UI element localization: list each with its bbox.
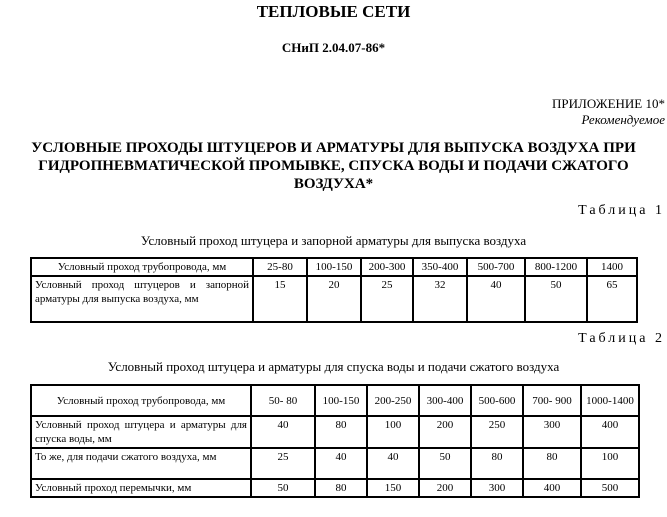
header-value-cell: 350-400	[413, 258, 467, 276]
value-cell: 32	[413, 276, 467, 322]
value-cell: 80	[315, 479, 367, 497]
header-value-cell: 500-600	[471, 385, 523, 416]
value-cell: 80	[471, 448, 523, 479]
table2-caption: Условный проход штуцера и арматуры для с…	[0, 359, 667, 375]
value-cell: 20	[307, 276, 361, 322]
header-value-cell: 500-700	[467, 258, 525, 276]
row-label-cell: Условный проход штуцеров и запорной арма…	[31, 276, 253, 322]
header-value-cell: 100-150	[307, 258, 361, 276]
table1-caption: Условный проход штуцера и запорной армат…	[0, 233, 667, 249]
value-cell: 65	[587, 276, 637, 322]
header-value-cell: 25-80	[253, 258, 307, 276]
value-cell: 80	[315, 416, 367, 448]
value-cell: 15	[253, 276, 307, 322]
value-cell: 200	[419, 479, 471, 497]
value-cell: 150	[367, 479, 419, 497]
value-cell: 25	[361, 276, 413, 322]
section-title: УСЛОВНЫЕ ПРОХОДЫ ШТУЦЕРОВ И АРМАТУРЫ ДЛЯ…	[0, 139, 667, 193]
document-code: СНиП 2.04.07-86*	[0, 40, 667, 56]
value-cell: 40	[251, 416, 315, 448]
value-cell: 50	[419, 448, 471, 479]
value-cell: 40	[315, 448, 367, 479]
value-cell: 80	[523, 448, 581, 479]
table1: Условный проход трубопровода, мм25-80100…	[30, 257, 638, 323]
header-value-cell: 800-1200	[525, 258, 587, 276]
header-value-cell: 1000-1400	[581, 385, 639, 416]
table2: Условный проход трубопровода, мм50- 8010…	[30, 384, 640, 498]
value-cell: 400	[581, 416, 639, 448]
row-label-cell: То же, для подачи сжатого воздуха, мм	[31, 448, 251, 479]
row-label-cell: Условный проход штуцера и арматуры для с…	[31, 416, 251, 448]
value-cell: 400	[523, 479, 581, 497]
header-value-cell: 200-300	[361, 258, 413, 276]
table-header-row: Условный проход трубопровода, мм25-80100…	[31, 258, 637, 276]
row-label-cell: Условный проход перемычки, мм	[31, 479, 251, 497]
value-cell: 50	[525, 276, 587, 322]
header-value-cell: 700- 900	[523, 385, 581, 416]
value-cell: 50	[251, 479, 315, 497]
appendix-number: ПРИЛОЖЕНИЕ 10*	[552, 96, 665, 112]
table-row: Условный проход штуцера и арматуры для с…	[31, 416, 639, 448]
header-value-cell: 200-250	[367, 385, 419, 416]
table2-label: Таблица 2	[578, 331, 665, 347]
value-cell: 40	[367, 448, 419, 479]
header-label-cell: Условный проход трубопровода, мм	[31, 385, 251, 416]
table-row: Условный проход штуцеров и запорной арма…	[31, 276, 637, 322]
table-header-row: Условный проход трубопровода, мм50- 8010…	[31, 385, 639, 416]
value-cell: 40	[467, 276, 525, 322]
appendix-status: Рекомендуемое	[581, 112, 665, 128]
header-value-cell: 1400	[587, 258, 637, 276]
value-cell: 500	[581, 479, 639, 497]
value-cell: 200	[419, 416, 471, 448]
value-cell: 100	[581, 448, 639, 479]
header-value-cell: 100-150	[315, 385, 367, 416]
table-row: Условный проход перемычки, мм50801502003…	[31, 479, 639, 497]
value-cell: 100	[367, 416, 419, 448]
value-cell: 300	[471, 479, 523, 497]
header-label-cell: Условный проход трубопровода, мм	[31, 258, 253, 276]
header-value-cell: 50- 80	[251, 385, 315, 416]
value-cell: 300	[523, 416, 581, 448]
value-cell: 250	[471, 416, 523, 448]
value-cell: 25	[251, 448, 315, 479]
document-title: ТЕПЛОВЫЕ СЕТИ	[0, 2, 667, 22]
table-row: То же, для подачи сжатого воздуха, мм254…	[31, 448, 639, 479]
header-value-cell: 300-400	[419, 385, 471, 416]
table1-label: Таблица 1	[578, 203, 665, 219]
